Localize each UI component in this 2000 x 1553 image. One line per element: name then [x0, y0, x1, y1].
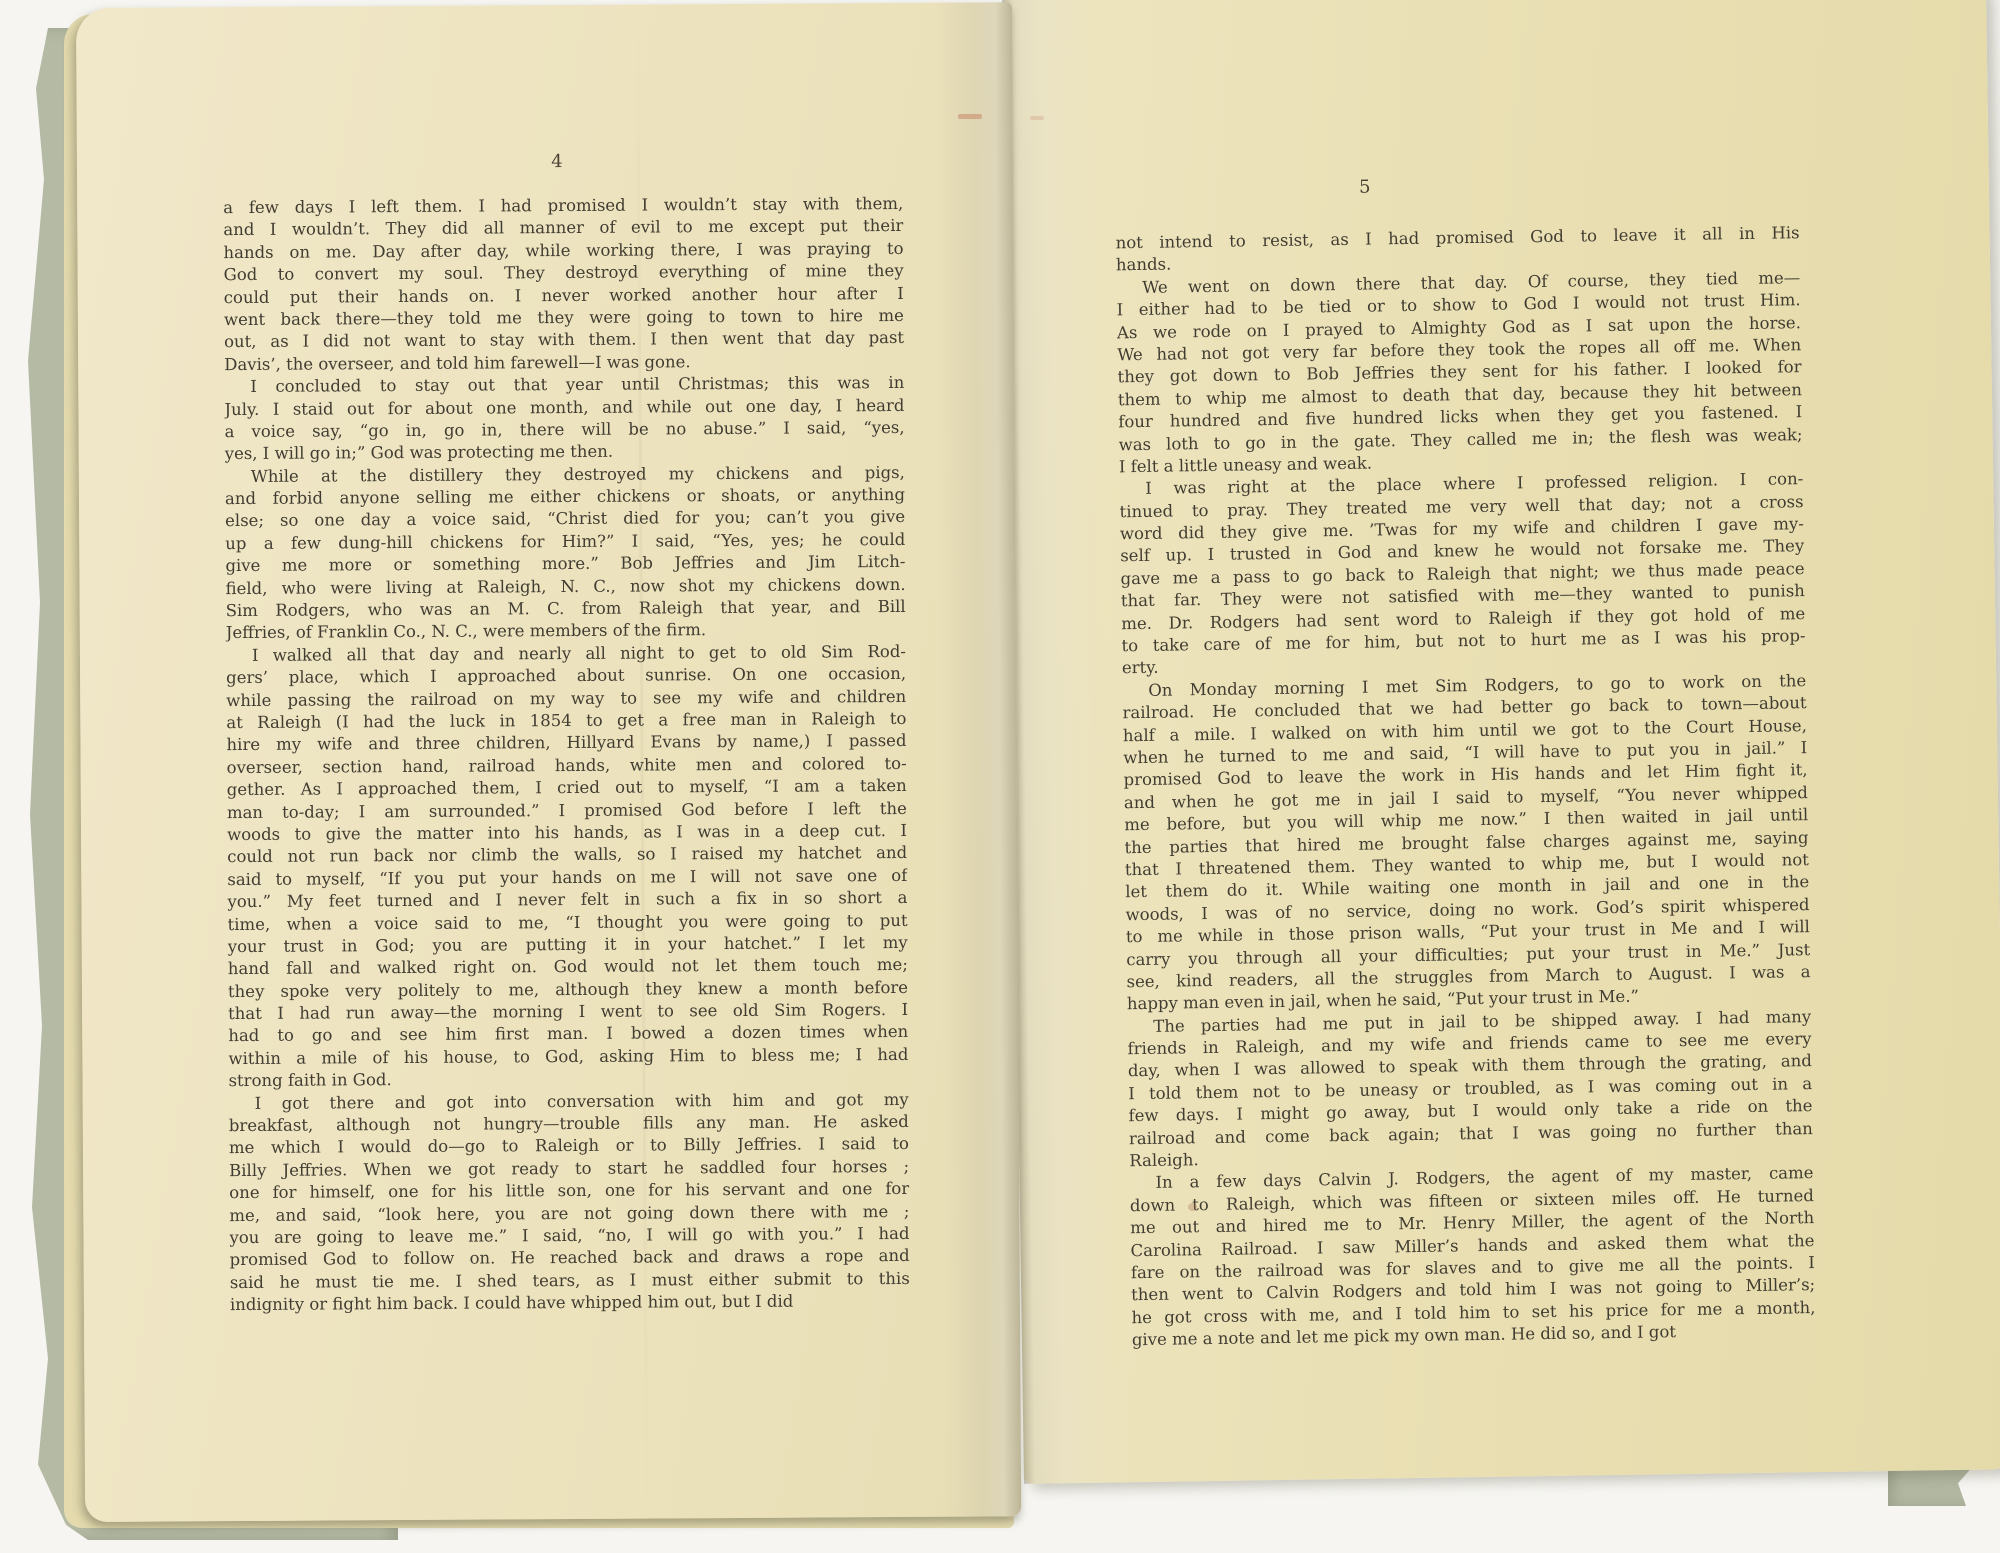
paper-blemish	[958, 114, 982, 119]
text-line: a voice say, “go in, go in, there will b…	[225, 417, 905, 444]
left-page: 4 a few days I left them. I had promised…	[76, 2, 1021, 1522]
page-number: 4	[497, 151, 617, 173]
paper-blemish	[1030, 116, 1044, 120]
page-number: 5	[1305, 176, 1425, 199]
text-line: out, as I did not want to stay with them…	[224, 327, 904, 354]
text-block: a few days I left them. I had promised I…	[223, 193, 910, 1317]
text-block: not intend to resist, as I had promised …	[1115, 222, 1816, 1352]
right-page: 5 not intend to resist, as I had promise…	[1002, 0, 2000, 1484]
text-line: said he must tie me. I shed tears, as I …	[230, 1268, 910, 1295]
text-line: indignity or fight him back. I could hav…	[230, 1290, 910, 1317]
text-line: Sim Rodgers, who was an M. C. from Ralei…	[226, 596, 906, 623]
text-line: within a mile of his house, to God, aski…	[228, 1044, 908, 1071]
paper-blemish	[1188, 1203, 1197, 1211]
book-scan: 4 a few days I left them. I had promised…	[0, 0, 2000, 1553]
